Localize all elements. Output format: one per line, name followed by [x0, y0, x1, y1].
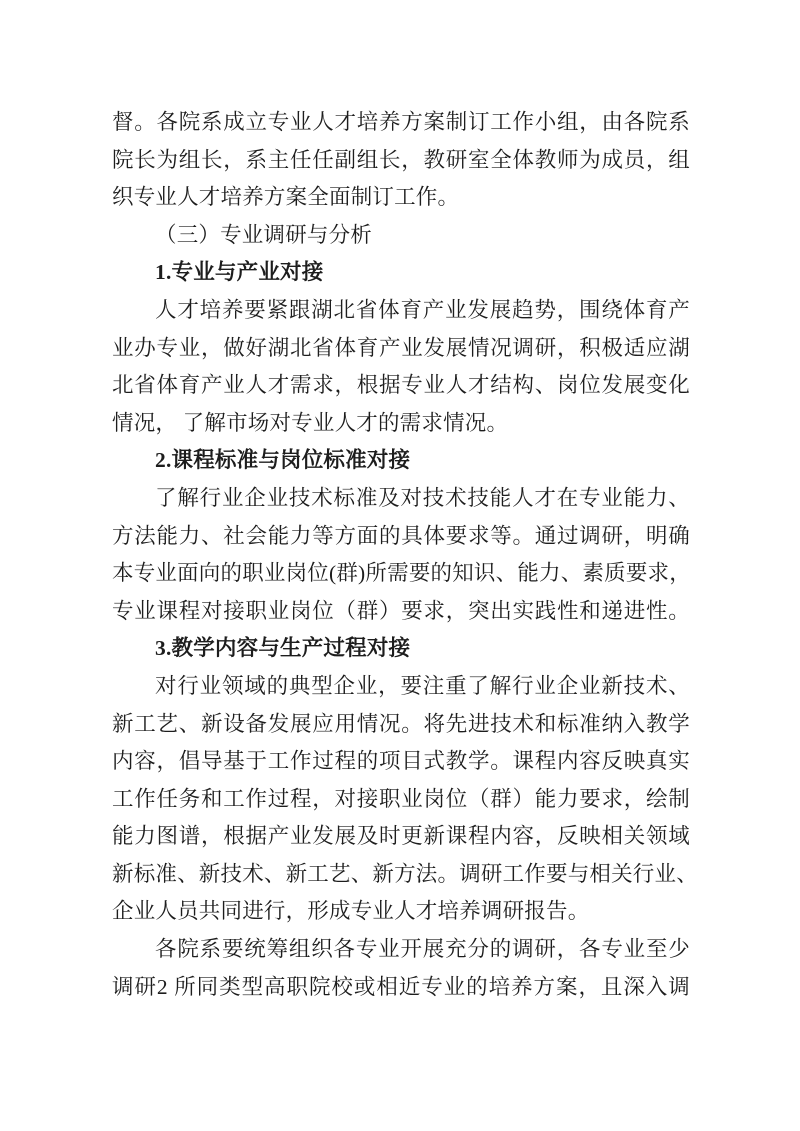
- body-text-line: 对行业领域的典型企业，要注重了解行业企业新技术、: [112, 668, 690, 706]
- body-text-line: 本专业面向的职业岗位(群)所需要的知识、能力、素质要求，: [112, 555, 690, 593]
- body-text-line: 人才培养要紧跟湖北省体育产业发展趋势，围绕体育产: [112, 292, 690, 330]
- body-text-line: 方法能力、社会能力等方面的具体要求等。通过调研，明确: [112, 518, 690, 556]
- body-text-line: 院长为组长，系主任任副组长，教研室全体教师为成员，组: [112, 142, 690, 180]
- body-text-line: 新工艺、新设备发展应用情况。将先进技术和标准纳入教学: [112, 706, 690, 744]
- subsection-heading: 1.专业与产业对接: [112, 254, 690, 292]
- section-heading: （三）专业调研与分析: [112, 217, 690, 255]
- body-text-line: 新标准、新技术、新工艺、新方法。调研工作要与相关行业、: [112, 856, 690, 894]
- document-body: 督。各院系成立专业人才培养方案制订工作小组，由各院系院长为组长，系主任任副组长，…: [112, 104, 690, 1006]
- body-text-line: 业办专业，做好湖北省体育产业发展情况调研，积极适应湖: [112, 330, 690, 368]
- body-text-line: 督。各院系成立专业人才培养方案制订工作小组，由各院系: [112, 104, 690, 142]
- body-text-line: 企业人员共同进行，形成专业人才培养调研报告。: [112, 893, 690, 931]
- body-text-line: 内容，倡导基于工作过程的项目式教学。课程内容反映真实: [112, 743, 690, 781]
- body-text-line: 调研2 所同类型高职院校或相近专业的培养方案，且深入调: [112, 969, 690, 1007]
- body-text-line: 专业课程对接职业岗位（群）要求，突出实践性和递进性。: [112, 593, 690, 631]
- body-text-line: 各院系要统筹组织各专业开展充分的调研，各专业至少: [112, 931, 690, 969]
- body-text-line: 能力图谱，根据产业发展及时更新课程内容，反映相关领域: [112, 818, 690, 856]
- body-text-line: 北省体育产业人才需求，根据专业人才结构、岗位发展变化: [112, 367, 690, 405]
- body-text-line: 织专业人才培养方案全面制订工作。: [112, 179, 690, 217]
- subsection-heading: 2.课程标准与岗位标准对接: [112, 442, 690, 480]
- subsection-heading: 3.教学内容与生产过程对接: [112, 630, 690, 668]
- body-text-line: 了解行业企业技术标准及对技术技能人才在专业能力、: [112, 480, 690, 518]
- document-page: 督。各院系成立专业人才培养方案制订工作小组，由各院系院长为组长，系主任任副组长，…: [0, 0, 800, 1131]
- body-text-line: 工作任务和工作过程，对接职业岗位（群）能力要求，绘制: [112, 781, 690, 819]
- body-text-line: 情况， 了解市场对专业人才的需求情况。: [112, 405, 690, 443]
